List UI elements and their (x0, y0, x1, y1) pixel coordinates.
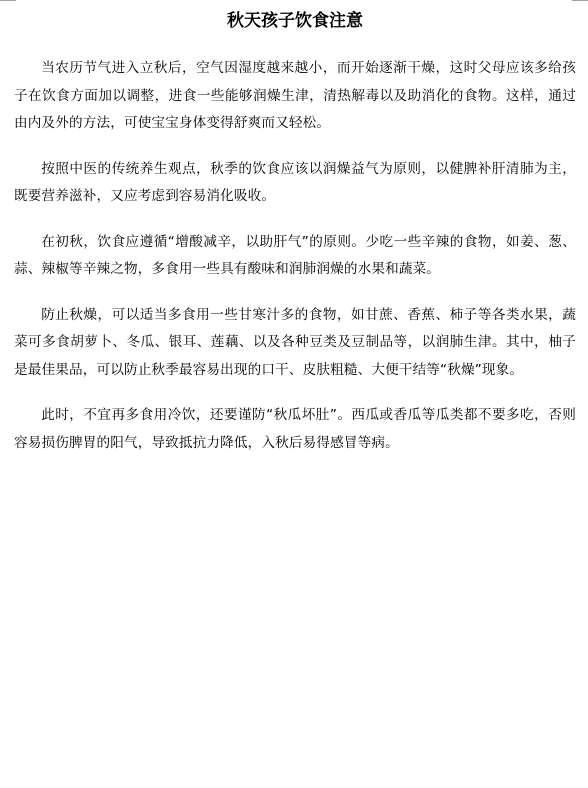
top-left-border-mark (0, 0, 16, 1)
paragraph-avoid-cold-drinks: 此时，不宜再多食用冷饮，还要谨防“秋瓜坏肚”。西瓜或香瓜等瓜类都不要多吃，否则容… (14, 402, 576, 457)
paragraph-tcm-principle: 按照中医的传统养生观点，秋季的饮食应该以润燥益气为原则，以健脾补肝清肺为主，既要… (14, 156, 576, 211)
article: 秋天孩子饮食注意 当农历节气进入立秋后，空气因湿度越来越小，而开始逐渐干燥，这时… (14, 8, 576, 475)
paragraph-early-autumn: 在初秋，饮食应遵循“增酸减辛，以助肝气”的原则。少吃一些辛辣的食物，如姜、葱、蒜… (14, 229, 576, 284)
article-title: 秋天孩子饮食注意 (14, 8, 576, 34)
paragraph-prevent-dryness: 防止秋燥，可以适当多食用一些甘寒汁多的食物，如甘蔗、香蕉、柿子等各类水果，蔬菜可… (14, 302, 576, 385)
top-right-border-mark (572, 0, 588, 1)
paragraph-intro: 当农历节气进入立秋后，空气因湿度越来越小，而开始逐渐干燥，这时父母应该多给孩子在… (14, 55, 576, 138)
